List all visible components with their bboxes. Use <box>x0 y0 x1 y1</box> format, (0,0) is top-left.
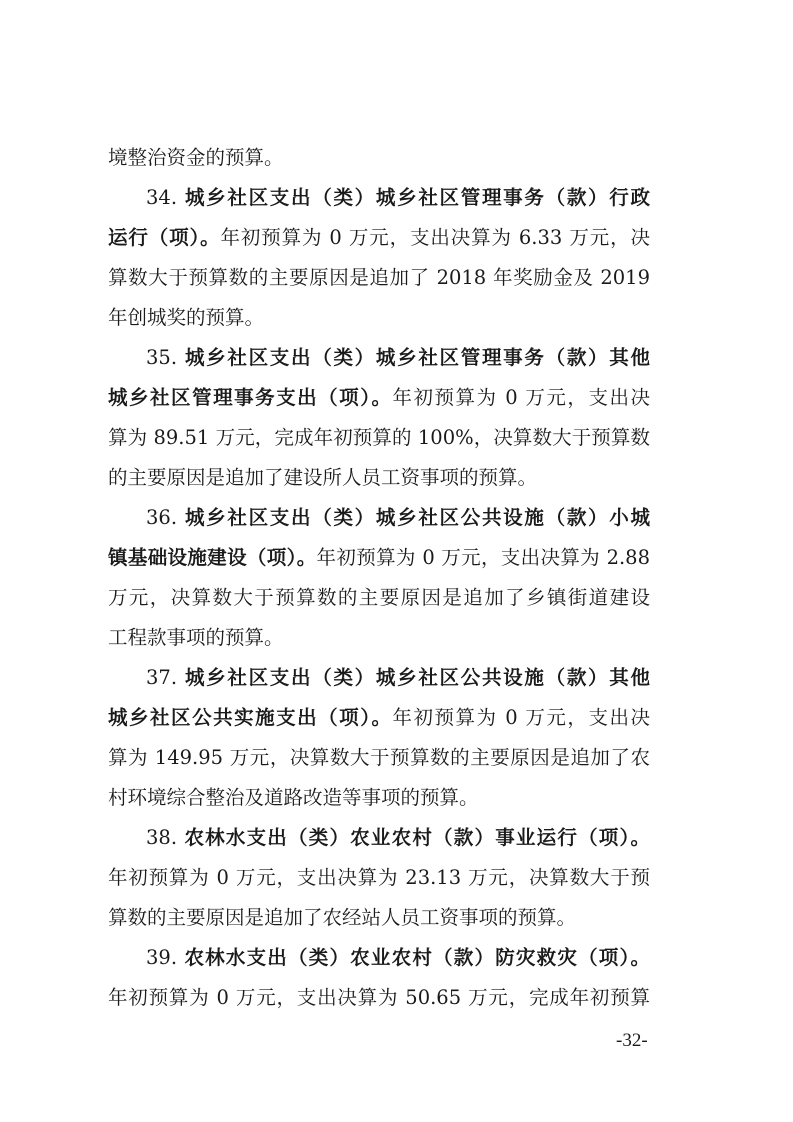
text-line: 境整治资金的预算。 <box>108 143 650 173</box>
item-36-heading: 36. 城乡社区支出（类）城乡社区公共设施（款）小城 <box>146 503 650 533</box>
item-number: 36. <box>146 506 185 529</box>
line-text: 算为 149.95 万元，决算数大于预算数的主要原因是追加了农 <box>108 746 650 769</box>
line-text: 年初预算为 0 万元，支出决算为 50.65 万元，完成年初预算 <box>108 986 650 1009</box>
text-line: 年创城奖的预算。 <box>108 303 650 333</box>
text-line: 城乡社区公共实施支出（项）。年初预算为 0 万元，支出决 <box>108 703 650 733</box>
line-text: 万元，决算数大于预算数的主要原因是追加了乡镇街道建设 <box>108 586 650 609</box>
item-number: 37. <box>146 666 185 689</box>
line-text: 工程款事项的预算。 <box>108 626 284 649</box>
item-number: 39. <box>146 946 184 969</box>
text-line: 年初预算为 0 万元，支出决算为 50.65 万元，完成年初预算 <box>108 983 650 1013</box>
item-title: 城乡社区支出（类）城乡社区管理事务（款）其他 <box>185 346 650 369</box>
text-line: 工程款事项的预算。 <box>108 623 650 653</box>
text-line: 算为 149.95 万元，决算数大于预算数的主要原因是追加了农 <box>108 743 650 773</box>
text-line: 的主要原因是追加了建设所人员工资事项的预算。 <box>108 463 650 493</box>
text-line: 镇基础设施建设（项）。年初预算为 0 万元，支出决算为 2.88 <box>108 543 650 573</box>
line-text: 村环境综合整治及道路改造等事项的预算。 <box>108 786 479 809</box>
item-title: 城乡社区管理事务支出（项）。 <box>108 386 392 409</box>
item-38-heading: 38. 农林水支出（类）农业农村（款）事业运行（项）。 <box>146 823 650 853</box>
text-line: 算为 89.51 万元，完成年初预算的 100%，决算数大于预算数 <box>108 423 650 453</box>
item-title: 城乡社区支出（类）城乡社区公共设施（款）小城 <box>185 506 650 529</box>
line-text: 年初预算为 0 万元，支出决算为 6.33 万元，决 <box>220 226 650 249</box>
line-text: 年创城奖的预算。 <box>108 306 264 329</box>
item-title: 镇基础设施建设（项）。 <box>108 546 317 569</box>
text-line: 万元，决算数大于预算数的主要原因是追加了乡镇街道建设 <box>108 583 650 613</box>
item-title: 农林水支出（类）农业农村（款）事业运行（项）。 <box>184 826 650 849</box>
line-text: 境整治资金的预算。 <box>108 146 284 169</box>
item-number: 38. <box>146 826 184 849</box>
item-37-heading: 37. 城乡社区支出（类）城乡社区公共设施（款）其他 <box>146 663 650 693</box>
line-text: 算数大于预算数的主要原因是追加了 2018 年奖励金及 2019 <box>108 266 650 289</box>
item-title: 运行（项）。 <box>108 226 220 249</box>
line-text: 年初预算为 0 万元，支出决算为 2.88 <box>317 546 650 569</box>
text-line: 运行（项）。年初预算为 0 万元，支出决算为 6.33 万元，决 <box>108 223 650 253</box>
text-line: 年初预算为 0 万元，支出决算为 23.13 万元，决算数大于预 <box>108 863 650 893</box>
item-title: 农林水支出（类）农业农村（款）防灾救灾（项）。 <box>184 946 650 969</box>
item-title: 城乡社区支出（类）城乡社区公共设施（款）其他 <box>185 666 650 689</box>
text-line: 城乡社区管理事务支出（项）。年初预算为 0 万元，支出决 <box>108 383 650 413</box>
line-text: 年初预算为 0 万元，支出决算为 23.13 万元，决算数大于预 <box>108 866 650 889</box>
document-page: 境整治资金的预算。 34. 城乡社区支出（类）城乡社区管理事务（款）行政 运行（… <box>0 0 793 1122</box>
line-text: 年初预算为 0 万元，支出决 <box>392 386 650 409</box>
line-text: 的主要原因是追加了建设所人员工资事项的预算。 <box>108 466 537 489</box>
text-line: 算数大于预算数的主要原因是追加了 2018 年奖励金及 2019 <box>108 263 650 293</box>
item-title: 城乡社区公共实施支出（项）。 <box>108 706 392 729</box>
text-line: 村环境综合整治及道路改造等事项的预算。 <box>108 783 650 813</box>
page-number: -32- <box>616 1030 648 1052</box>
line-text: 算为 89.51 万元，完成年初预算的 100%，决算数大于预算数 <box>108 426 650 449</box>
item-title: 城乡社区支出（类）城乡社区管理事务（款）行政 <box>185 186 650 209</box>
line-text: 年初预算为 0 万元，支出决 <box>392 706 650 729</box>
item-number: 35. <box>146 346 185 369</box>
item-number: 34. <box>146 186 185 209</box>
item-34-heading: 34. 城乡社区支出（类）城乡社区管理事务（款）行政 <box>146 183 650 213</box>
item-35-heading: 35. 城乡社区支出（类）城乡社区管理事务（款）其他 <box>146 343 650 373</box>
item-39-heading: 39. 农林水支出（类）农业农村（款）防灾救灾（项）。 <box>146 943 650 973</box>
line-text: 算数的主要原因是追加了农经站人员工资事项的预算。 <box>108 906 576 929</box>
text-line: 算数的主要原因是追加了农经站人员工资事项的预算。 <box>108 903 650 933</box>
